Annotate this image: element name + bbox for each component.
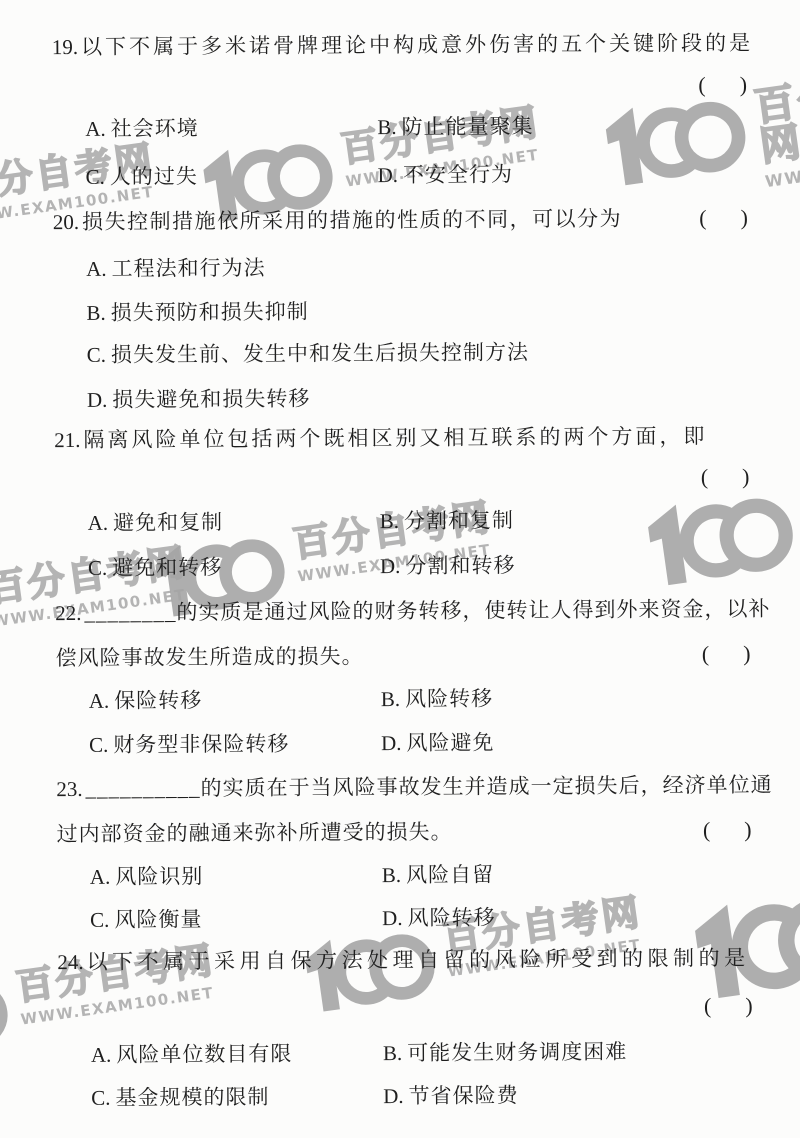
option-label: C.	[88, 556, 107, 580]
option-text: 损失发生前、发生中和发生后损失控制方法	[111, 340, 529, 367]
question-23-options-row-2: C.风险衡量 D.风险转移	[57, 901, 772, 935]
option: B.损失预防和损失抑制	[86, 297, 308, 328]
option-label: D.	[382, 906, 403, 930]
option-text: 风险衡量	[114, 907, 202, 932]
option-label: C.	[90, 908, 109, 932]
option: B.风险自留	[382, 859, 494, 890]
option-label: C.	[91, 1086, 110, 1110]
option: B.可能发生财务调度困难	[383, 1037, 627, 1068]
option-label: B.	[383, 1041, 402, 1065]
option-text: 保险转移	[114, 688, 202, 713]
question-number: 24.	[57, 950, 83, 974]
question-23-stem-line-2: 过内部资金的融通来弥补所遭受的损失。 ()	[57, 815, 772, 849]
option: C.财务型非保险转移	[89, 729, 289, 760]
question-22-options-row-1: A.保险转移 B.风险转移	[56, 682, 771, 716]
option: D.不安全行为	[377, 159, 513, 190]
option-label: C.	[89, 733, 108, 757]
option-text: 工程法和行为法	[112, 256, 266, 281]
option: A.风险识别	[90, 861, 204, 892]
question-19-bracket-row: ()	[52, 70, 767, 104]
answer-bracket: ()	[703, 815, 752, 845]
open-paren: (	[698, 70, 706, 100]
answer-bracket: ()	[698, 70, 747, 100]
option-text: 避免和复制	[113, 510, 223, 535]
option-text: 人的过失	[110, 164, 198, 189]
question-number: 22.	[55, 601, 81, 625]
question-20-option-c-row: C.损失发生前、发生中和发生后损失控制方法	[54, 336, 769, 370]
question-21-options-row-2: C.避免和转移 D.分割和转移	[55, 549, 770, 583]
option-text: 基金规模的限制	[115, 1085, 269, 1110]
question-24-stem: 24.以下不属于采用自保方法处理自留的风险所受到的限制的是	[57, 943, 772, 977]
close-paren: )	[742, 462, 750, 492]
option: C.基金规模的限制	[91, 1082, 269, 1113]
open-paren: (	[702, 639, 710, 669]
scanned-exam-page: 百分自考网WWW.EXAM100.NET 百分自考网WWW.EXAM100.NE…	[0, 0, 800, 1138]
option: B.防止能量聚集	[377, 111, 533, 142]
option: D.节省保险费	[383, 1080, 519, 1111]
open-paren: (	[704, 991, 712, 1021]
close-paren: )	[745, 991, 753, 1021]
option: A.风险单位数目有限	[91, 1039, 293, 1070]
question-stem-text: 损失控制措施依所采用的措施的性质的不同，可以分为	[82, 207, 622, 234]
option-text: 风险识别	[115, 864, 203, 889]
question-19-stem: 19.以下不属于多米诺骨牌理论中构成意外伤害的五个关键阶段的是	[52, 28, 767, 62]
option-label: B.	[380, 509, 399, 533]
option-text: 不安全行为	[403, 162, 513, 187]
option: D.损失避免和损失转移	[87, 384, 311, 415]
option-text: 分割和转移	[405, 553, 515, 578]
option: A.保险转移	[89, 685, 203, 716]
option-label: A.	[88, 511, 109, 535]
option-text: 损失预防和损失抑制	[111, 300, 309, 325]
question-21-options-row-1: A.避免和复制 B.分割和复制	[55, 504, 770, 538]
option-label: B.	[382, 863, 401, 887]
question-24-options-row-1: A.风险单位数目有限 B.可能发生财务调度困难	[58, 1036, 773, 1070]
answer-bracket: ()	[699, 203, 748, 233]
close-paren: )	[743, 639, 751, 669]
option-text: 可能发生财务调度困难	[407, 1040, 627, 1065]
question-stem-text: ________的实质是通过风险的财务转移，使转让人得到外来资金，以补	[84, 597, 770, 625]
option-text: 风险自留	[406, 862, 494, 887]
option: C.风险衡量	[90, 904, 202, 935]
option-text: 风险转移	[405, 686, 493, 711]
option: C.避免和转移	[88, 552, 222, 583]
option-label: D.	[380, 554, 401, 578]
question-20-option-d-row: D.损失避免和损失转移	[54, 381, 769, 415]
option-label: D.	[378, 163, 399, 187]
open-paren: (	[703, 815, 711, 845]
question-22-stem-line-2: 偿风险事故发生所造成的损失。 ()	[55, 639, 770, 673]
option: C.损失发生前、发生中和发生后损失控制方法	[87, 337, 529, 370]
question-22-stem-line-1: 22.________的实质是通过风险的财务转移，使转让人得到外来资金，以补	[55, 594, 770, 628]
option-text: 防止能量聚集	[401, 114, 533, 139]
option-text: 风险避免	[406, 730, 494, 755]
option: A.避免和复制	[88, 507, 224, 538]
option: D.分割和转移	[380, 550, 516, 581]
question-24-options-row-2: C.基金规模的限制 D.节省保险费	[58, 1079, 773, 1113]
option-text: 避免和转移	[112, 555, 222, 580]
option-label: B.	[381, 687, 400, 711]
question-20-option-b-row: B.损失预防和损失抑制	[53, 294, 768, 328]
question-19-options-row-2: C.人的过失 D.不安全行为	[53, 158, 768, 192]
option-label: A.	[85, 117, 106, 141]
open-paren: (	[699, 203, 707, 233]
option-text: 分割和复制	[404, 508, 514, 533]
option: A.社会环境	[85, 113, 199, 144]
option-label: A.	[91, 1043, 112, 1067]
question-stem-text: 偿风险事故发生所造成的损失。	[55, 644, 363, 670]
question-20-option-a-row: A.工程法和行为法	[53, 250, 768, 284]
option-label: A.	[89, 689, 110, 713]
question-number: 23.	[56, 777, 82, 801]
question-number: 21.	[54, 428, 80, 452]
option: D.风险转移	[382, 902, 496, 933]
option-text: 社会环境	[111, 116, 199, 141]
option: B.风险转移	[381, 683, 493, 714]
open-paren: (	[701, 462, 709, 492]
question-23-options-row-1: A.风险识别 B.风险自留	[57, 858, 772, 892]
option-label: B.	[86, 301, 105, 325]
question-number: 19.	[52, 35, 78, 59]
option: B.分割和复制	[380, 505, 514, 536]
question-21-stem: 21.隔离风险单位包括两个既相区别又相互联系的两个方面，即	[54, 421, 769, 455]
question-stem-text: 隔离风险单位包括两个既相区别又相互联系的两个方面，即	[83, 424, 707, 452]
question-23-stem-line-1: 23.__________的实质在于当风险事故发生并造成一定损失后，经济单位通	[56, 770, 771, 804]
question-20-stem: 20.损失控制措施依所采用的措施的性质的不同，可以分为 ()	[53, 203, 768, 237]
option-text: 财务型非保险转移	[113, 732, 289, 757]
option-text: 损失避免和损失转移	[112, 387, 310, 412]
question-21-bracket-row: ()	[54, 462, 769, 496]
question-24-bracket-row: ()	[58, 991, 773, 1025]
option-text: 节省保险费	[409, 1083, 519, 1108]
question-19-options-row-1: A.社会环境 B.防止能量聚集	[52, 110, 767, 144]
answer-bracket: ()	[702, 639, 751, 669]
close-paren: )	[740, 70, 748, 100]
answer-bracket: ()	[704, 991, 753, 1021]
close-paren: )	[740, 203, 748, 233]
question-stem-text: 以下不属于多米诺骨牌理论中构成意外伤害的五个关键阶段的是	[81, 31, 753, 59]
answer-bracket: ()	[701, 462, 750, 492]
option-text: 风险单位数目有限	[116, 1042, 292, 1067]
option-text: 风险转移	[407, 905, 495, 930]
option-label: A.	[86, 257, 107, 281]
question-number: 20.	[53, 210, 79, 234]
question-list: 19.以下不属于多米诺骨牌理论中构成意外伤害的五个关键阶段的是 () A.社会环…	[0, 0, 800, 1138]
question-stem-text: __________的实质在于当风险事故发生并造成一定损失后，经济单位通	[86, 773, 773, 801]
option-label: D.	[383, 1084, 404, 1108]
option-label: D.	[87, 388, 108, 412]
option-label: C.	[86, 165, 105, 189]
option-label: D.	[381, 731, 402, 755]
option-label: B.	[377, 115, 396, 139]
question-stem-text: 以下不属于采用自保方法处理自留的风险所受到的限制的是	[87, 946, 750, 974]
close-paren: )	[744, 815, 752, 845]
question-stem-text: 过内部资金的融通来弥补所遭受的损失。	[57, 820, 453, 846]
option-label: C.	[87, 343, 106, 367]
option: A.工程法和行为法	[86, 253, 266, 284]
option: C.人的过失	[86, 161, 198, 192]
option-label: A.	[90, 865, 111, 889]
question-22-options-row-2: C.财务型非保险转移 D.风险避免	[56, 726, 771, 760]
option: D.风险避免	[381, 727, 495, 758]
